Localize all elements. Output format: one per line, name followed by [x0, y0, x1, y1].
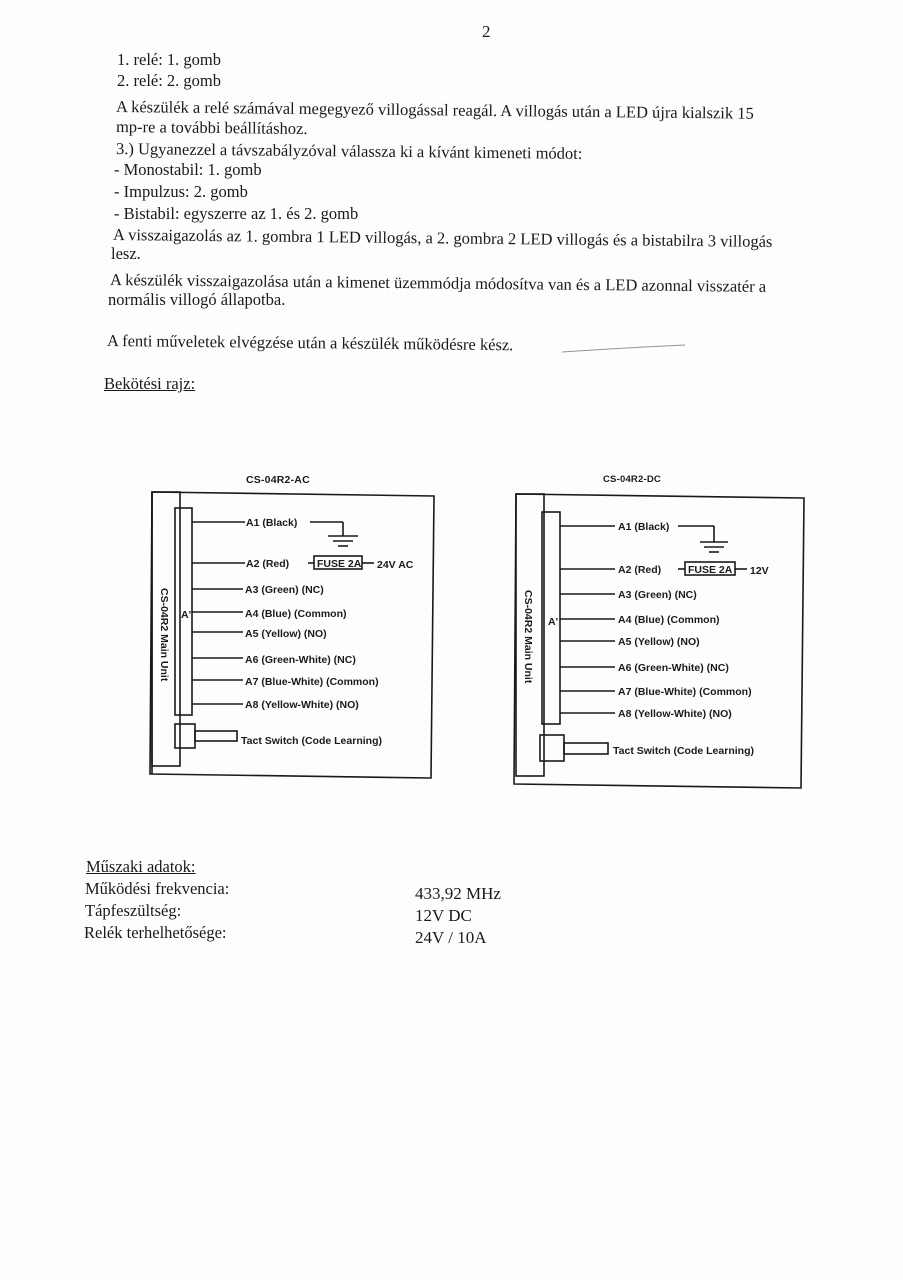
unit-label: CS-04R2 Main Unit	[158, 588, 170, 682]
diagram-title-ac: CS-04R2-AC	[246, 474, 310, 486]
switch-label: Tact Switch (Code Learning)	[241, 735, 382, 747]
diagram-title-dc: CS-04R2-DC	[603, 474, 661, 485]
wire-a3-label: A3 (Green) (NC)	[245, 584, 324, 596]
wire-a5-label: A5 (Yellow) (NO)	[245, 628, 327, 640]
text-line: - Impulzus: 2. gomb	[114, 182, 248, 202]
unit-label: CS-04R2 Main Unit	[522, 590, 534, 684]
connector-label: A'	[181, 609, 191, 621]
spec-label-relay-load: Relék terhelhetősége:	[84, 923, 226, 943]
supply-label: 12V	[750, 565, 769, 577]
spec-value-voltage: 12V DC	[415, 906, 472, 926]
spec-label-frequency: Működési frekvencia:	[85, 879, 229, 899]
text-line: A fenti műveletek elvégzése után a készü…	[107, 331, 514, 355]
wire-a1-label: A1 (Black)	[618, 521, 669, 533]
page-number: 2	[482, 22, 491, 42]
switch-label: Tact Switch (Code Learning)	[613, 745, 754, 757]
text-line: lesz.	[111, 244, 141, 264]
text-line: normális villogó állapotba.	[108, 290, 285, 310]
wire-a8-label: A8 (Yellow-White) (NO)	[245, 699, 359, 711]
wire-a4-label: A4 (Blue) (Common)	[618, 614, 720, 626]
fuse-label: FUSE 2A	[688, 564, 733, 576]
spec-value-relay-load: 24V / 10A	[415, 928, 486, 948]
text-line: - Bistabil: egyszerre az 1. és 2. gomb	[114, 204, 358, 224]
text-line: 2. relé: 2. gomb	[117, 71, 221, 91]
spec-label-voltage: Tápfeszültség:	[85, 901, 181, 921]
spec-value-frequency: 433,92 MHz	[415, 884, 501, 904]
wire-a6-label: A6 (Green-White) (NC)	[245, 654, 356, 666]
supply-label: 24V AC	[377, 559, 414, 571]
connector-label: A'	[548, 616, 558, 628]
wire-a6-label: A6 (Green-White) (NC)	[618, 662, 729, 674]
fuse-label: FUSE 2A	[317, 558, 362, 570]
text-line: A visszaigazolás az 1. gombra 1 LED vill…	[113, 225, 773, 252]
text-line: mp-re a további beállításhoz.	[116, 117, 308, 139]
wire-a4-label: A4 (Blue) (Common)	[245, 608, 347, 620]
pen-stroke	[560, 340, 690, 356]
wire-a1-label: A1 (Black)	[246, 517, 297, 529]
wire-a7-label: A7 (Blue-White) (Common)	[245, 676, 379, 688]
wire-a5-label: A5 (Yellow) (NO)	[618, 636, 700, 648]
wiring-heading: Bekötési rajz:	[104, 374, 195, 394]
specs-heading: Műszaki adatok:	[86, 857, 196, 877]
wire-a7-label: A7 (Blue-White) (Common)	[618, 686, 752, 698]
wire-a8-label: A8 (Yellow-White) (NO)	[618, 708, 732, 720]
text-line: 1. relé: 1. gomb	[117, 50, 221, 70]
wire-a2-label: A2 (Red)	[618, 564, 661, 576]
wire-a2-label: A2 (Red)	[246, 558, 289, 570]
wire-a3-label: A3 (Green) (NC)	[618, 589, 697, 601]
text-line: - Monostabil: 1. gomb	[114, 160, 262, 180]
